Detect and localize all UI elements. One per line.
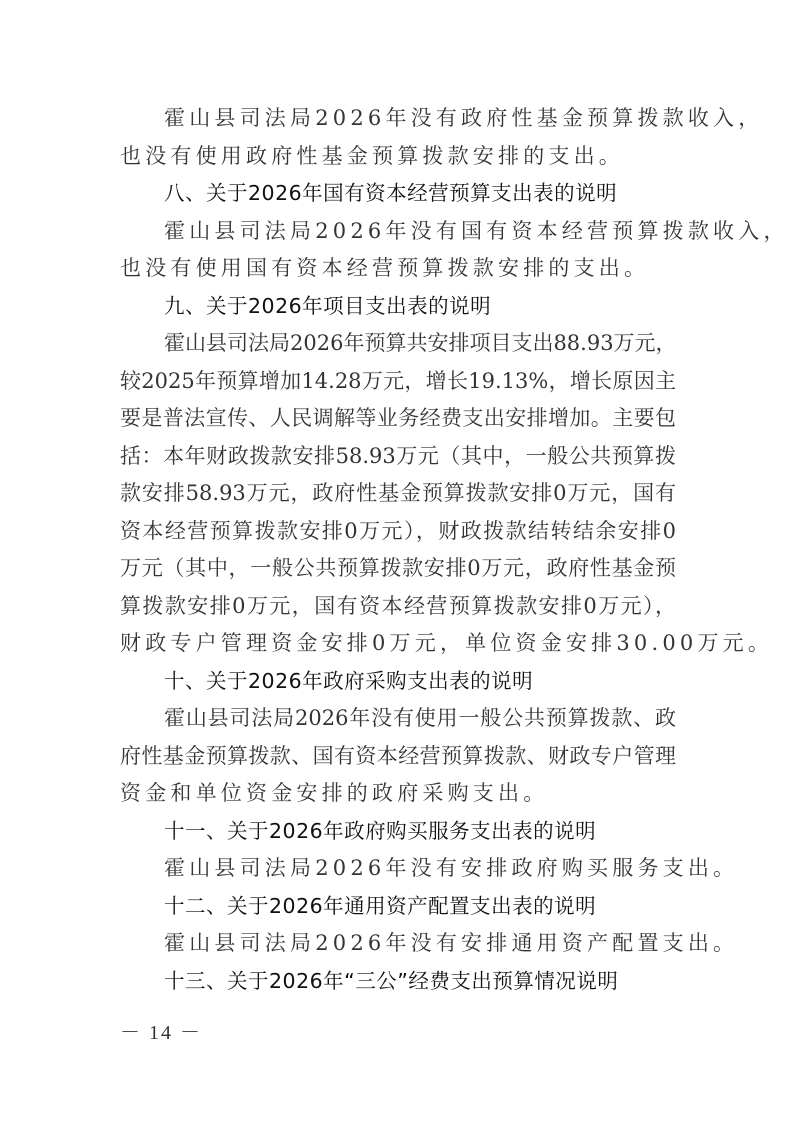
body-line: 霍山县司法局2026年没有安排通用资产配置支出。 <box>120 925 676 963</box>
section-heading-12: 十二、关于2026年通用资产配置支出表的说明 <box>120 888 676 926</box>
body-line: 较2025年预算增加14.28万元，增长19.13%，增长原因主 <box>120 363 676 401</box>
body-line: 也没有使用国有资本经营预算拨款安排的支出。 <box>120 250 676 288</box>
body-line: 资金和单位资金安排的政府采购支出。 <box>120 775 676 813</box>
document-page: 霍山县司法局2026年没有政府性基金预算拨款收入， 也没有使用政府性基金预算拨款… <box>0 0 793 1122</box>
body-line: 财政专户管理资金安排0万元，单位资金安排30.00万元。 <box>120 625 676 663</box>
body-line: 霍山县司法局2026年没有使用一般公共预算拨款、政 <box>120 700 676 738</box>
section-heading-9: 九、关于2026年项目支出表的说明 <box>120 288 676 326</box>
body-line: 款安排58.93万元，政府性基金预算拨款安排0万元，国有 <box>120 475 676 513</box>
body-line: 霍山县司法局2026年没有政府性基金预算拨款收入， <box>120 100 676 138</box>
section-heading-10: 十、关于2026年政府采购支出表的说明 <box>120 663 676 701</box>
body-line: 府性基金预算拨款、国有资本经营预算拨款、财政专户管理 <box>120 738 676 776</box>
section-heading-11: 十一、关于2026年政府购买服务支出表的说明 <box>120 813 676 851</box>
body-line: 霍山县司法局2026年预算共安排项目支出88.93万元， <box>120 325 676 363</box>
section-heading-8: 八、关于2026年国有资本经营预算支出表的说明 <box>120 175 676 213</box>
body-line: 万元（其中，一般公共预算拨款安排0万元，政府性基金预 <box>120 550 676 588</box>
body-line: 算拨款安排0万元，国有资本经营预算拨款安排0万元）， <box>120 588 676 626</box>
body-line: 资本经营预算拨款安排0万元），财政拨款结转结余安排0 <box>120 513 676 551</box>
body-line: 要是普法宣传、人民调解等业务经费支出安排增加。主要包 <box>120 400 676 438</box>
page-body: 霍山县司法局2026年没有政府性基金预算拨款收入， 也没有使用政府性基金预算拨款… <box>120 100 676 1000</box>
body-line: 也没有使用政府性基金预算拨款安排的支出。 <box>120 138 676 176</box>
page-number: － 14 － <box>120 1016 202 1045</box>
section-heading-13: 十三、关于2026年“三公”经费支出预算情况说明 <box>120 963 676 1001</box>
body-line: 霍山县司法局2026年没有国有资本经营预算拨款收入， <box>120 213 676 251</box>
body-line: 霍山县司法局2026年没有安排政府购买服务支出。 <box>120 850 676 888</box>
body-line: 括：本年财政拨款安排58.93万元（其中，一般公共预算拨 <box>120 438 676 476</box>
